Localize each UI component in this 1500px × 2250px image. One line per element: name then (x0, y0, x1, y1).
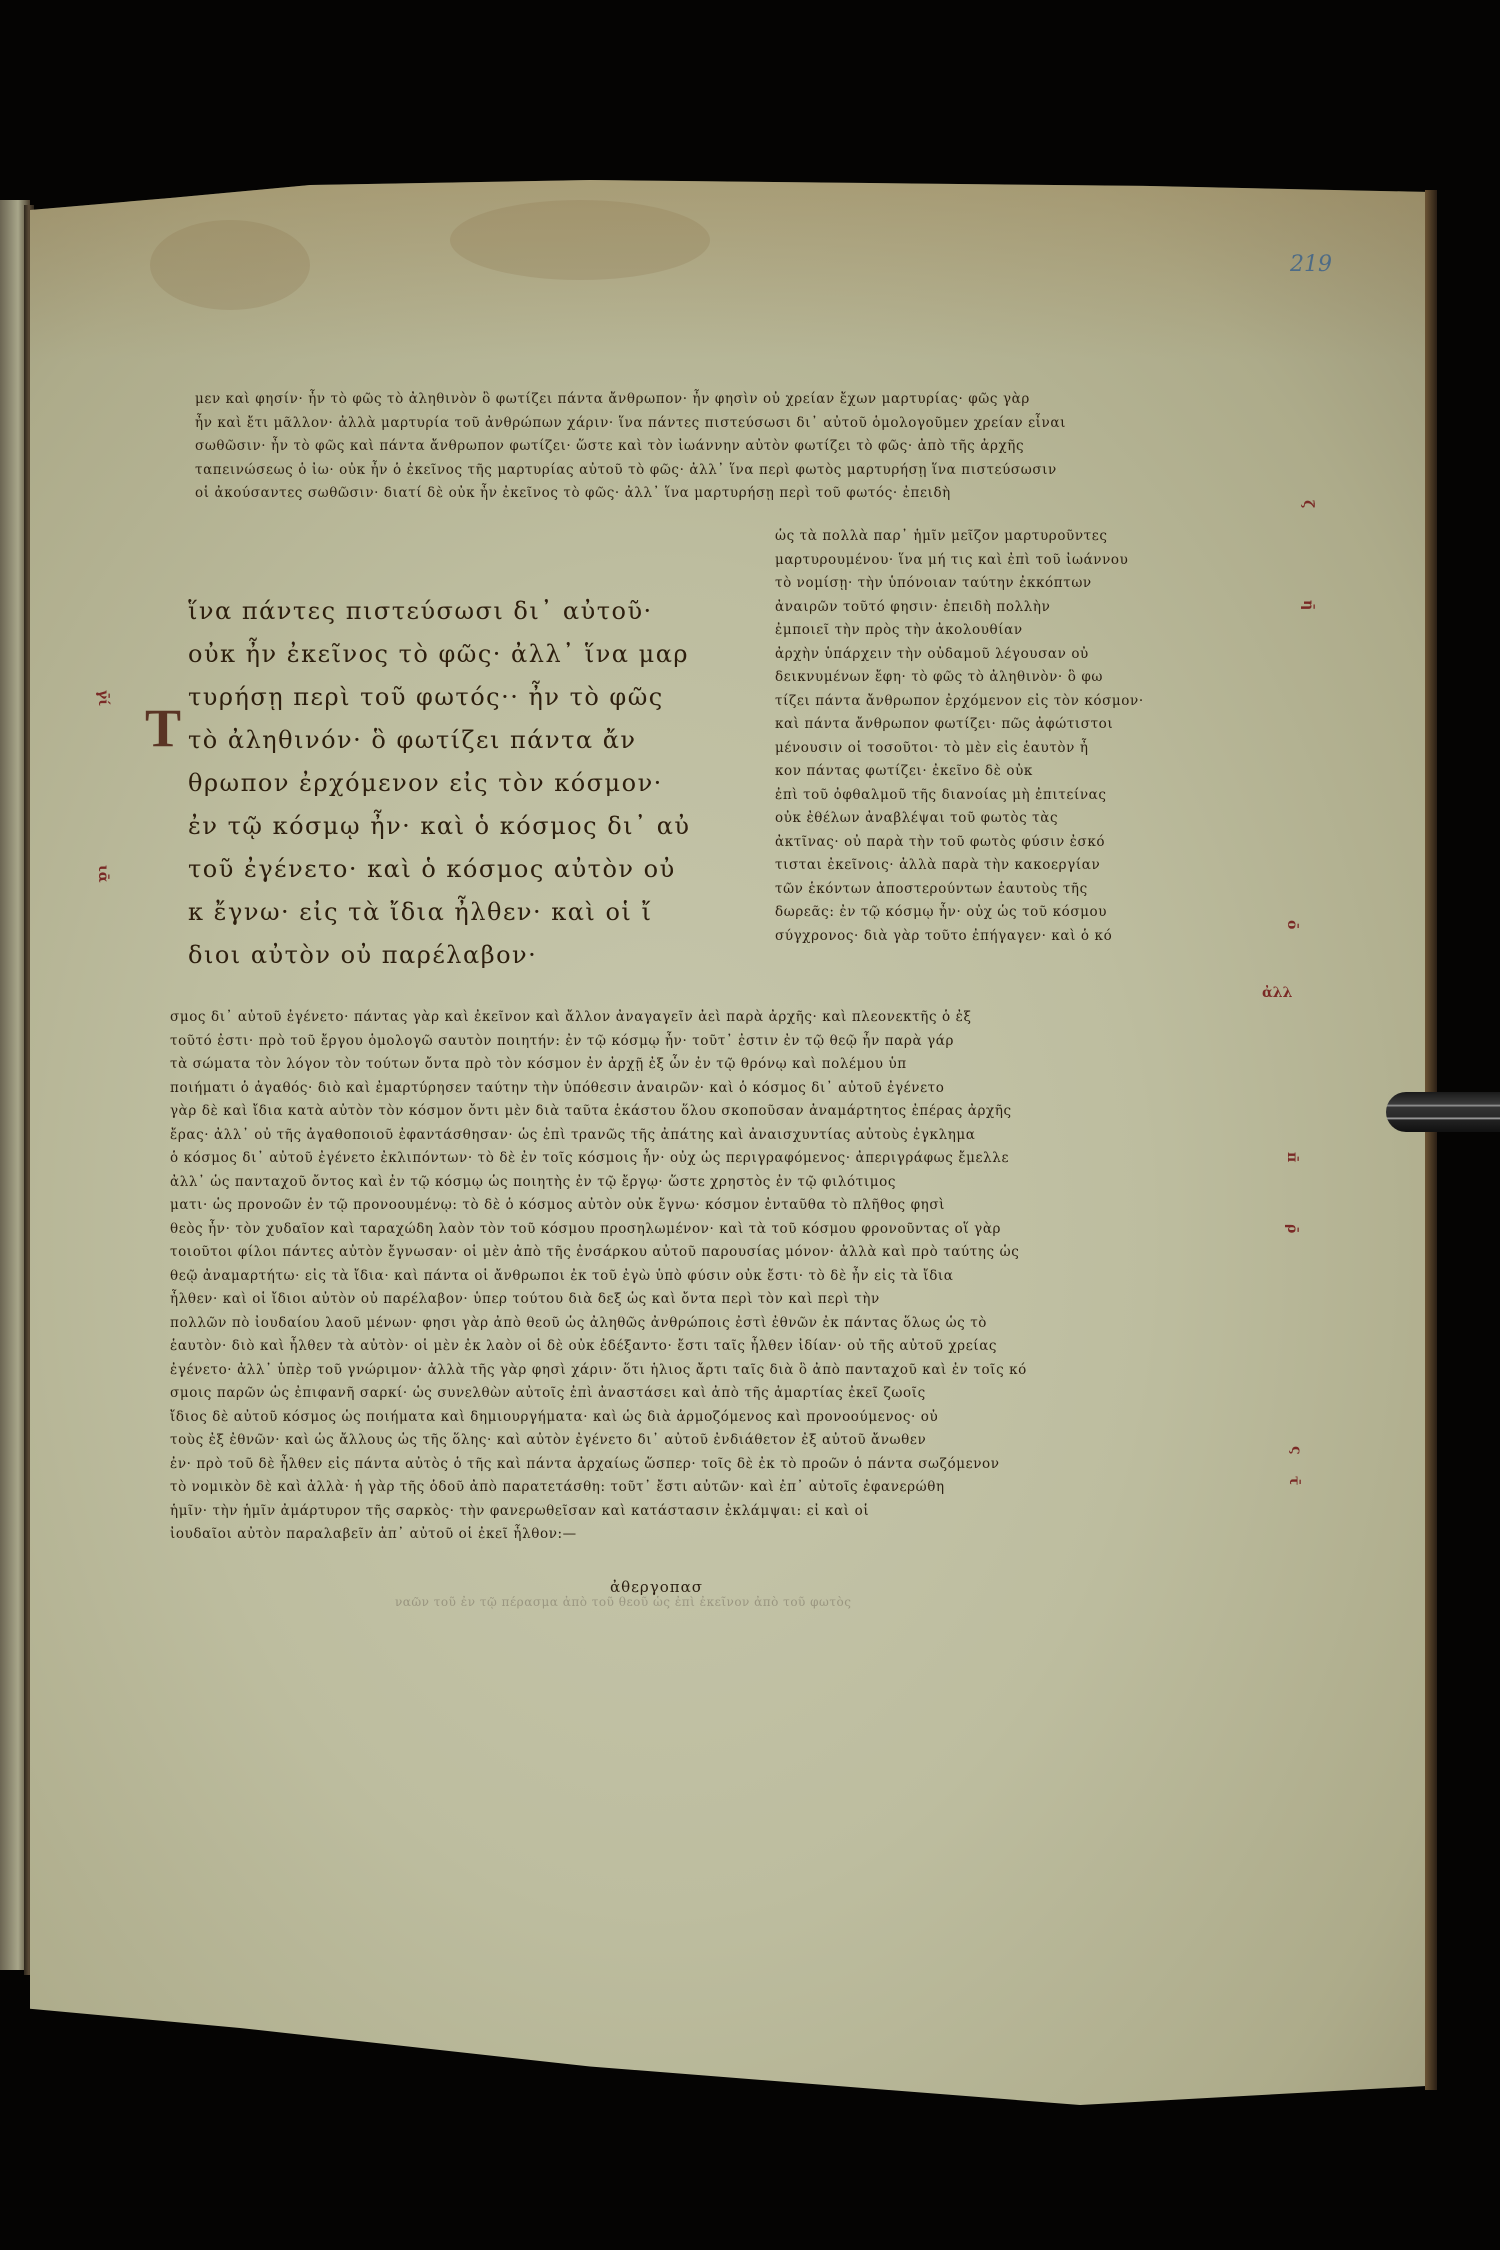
water-stain (450, 200, 710, 280)
commentary-line: ἐν· πρὸ τοῦ δὲ ἦλθεν εἰς πάντα αὐτὸς ὁ τ… (170, 1453, 1250, 1477)
commentary-line: τίζει πάντα ἄνθρωπον ἐρχόμενον εἰς τὸν κ… (775, 690, 1235, 714)
lemma-line: τὸ ἀληθινόν· ὃ φωτίζει πάντα ἄν (188, 719, 688, 762)
commentary-line: τῶν ἑκόντων ἀποστερούντων ἑαυτοὺς τῆς (775, 878, 1235, 902)
book-clasp-weight (1386, 1092, 1500, 1132)
top-commentary-block: μεν καὶ φησίν· ἦν τὸ φῶς τὸ ἀληθινὸν ὃ φ… (195, 388, 1195, 506)
commentary-line: κον πάντας φωτίζει· ἐκεῖνο δὲ οὐκ (775, 760, 1235, 784)
commentary-line: θεὸς ἦν· τὸν χυδαῖον καὶ ταραχώδη λαὸν τ… (170, 1218, 1250, 1242)
lemma-line: διοι αὐτὸν οὐ παρέλαβον· (188, 934, 688, 977)
lemma-line: τοῦ ἐγένετο· καὶ ὁ κόσμος αὐτὸν οὐ (188, 848, 688, 891)
commentary-line: ἔρας· ἀλλ᾽ οὐ τῆς ἀγαθοποιοῦ ἐφαντάσθησα… (170, 1124, 1250, 1148)
commentary-line: γὰρ δὲ καὶ ἴδια κατὰ αὐτὸν τὸν κόσμον ὄν… (170, 1100, 1250, 1124)
commentary-line: ἐμποιεῖ τὴν πρὸς τὴν ἀκολουθίαν (775, 619, 1235, 643)
commentary-line: δεικνυμένων ἔφη· τὸ φῶς τὸ ἀληθινὸν· ὃ φ… (775, 666, 1235, 690)
commentary-line: πολλῶν πὸ ἰουδαίου λαοῦ μένων· φησι γὰρ … (170, 1312, 1250, 1336)
commentary-line: σμοις παρῶν ὡς ἐπιφανῆ σαρκί· ὡς συνελθὼ… (170, 1382, 1250, 1406)
commentary-line: τοῦτό ἐστι· πρὸ τοῦ ἔργου ὁμολογῶ σαυτὸν… (170, 1030, 1250, 1054)
commentary-line: ποιήματι ὁ ἀγαθός· διὸ καὶ ἐμαρτύρησεν τ… (170, 1077, 1250, 1101)
left-marginal-numeral: γ̄ί (95, 690, 111, 706)
lemma-line: οὐκ ἦν ἐκεῖνος τὸ φῶς· ἀλλ᾽ ἵνα μαρ (188, 633, 688, 676)
show-through-text: ναῶν τοῦ ἐν τῷ πέρασμα ἀπὸ τοῦ θεοῦ ὡς ἐ… (395, 1595, 851, 1609)
commentary-line: ἰουδαῖοι αὐτὸν παραλαβεῖν ἀπ᾽ αὐτοῦ οἱ ἐ… (170, 1523, 1250, 1547)
right-marginal-numeral: ζ̄ (1300, 500, 1316, 508)
commentary-line: μαρτυρουμένου· ἵνα μή τις καὶ ἐπὶ τοῦ ἰω… (775, 549, 1235, 573)
commentary-line: τοιοῦτοι φίλοι πάντες αὐτὸν ἔγνωσαν· οἱ … (170, 1241, 1250, 1265)
left-marginal-numeral: ιᾱ (95, 865, 111, 883)
commentary-line: ἀρχὴν ὑπάρχειν τὴν οὐδαμοῦ λέγουσαν οὐ (775, 643, 1235, 667)
commentary-line: ἦλθεν· καὶ οἱ ἴδιοι αὐτὸν οὐ παρέλαβον· … (170, 1288, 1250, 1312)
commentary-line: ἐπὶ τοῦ ὀφθαλμοῦ τῆς διανοίας μὴ ἐπιτείν… (775, 784, 1235, 808)
commentary-line: ἴδιος δὲ αὐτοῦ κόσμος ὡς ποιήματα καὶ δη… (170, 1406, 1250, 1430)
commentary-line: ὡς τὰ πολλὰ παρ᾽ ἡμῖν μεῖζον μαρτυροῦντε… (775, 525, 1235, 549)
commentary-line: τὸ νομικὸν δὲ καὶ ἀλλὰ· ἡ γὰρ τῆς ὁδοῦ ἀ… (170, 1476, 1250, 1500)
commentary-line: ὁ κόσμος δι᾽ αὐτοῦ ἐγένετο ἐκλιπόντων· τ… (170, 1147, 1250, 1171)
main-commentary-block: σμος δι᾽ αὐτοῦ ἐγένετο· πάντας γὰρ καὶ ἐ… (170, 1006, 1250, 1547)
commentary-line: ἐγένετο· ἀλλ᾽ ὑπὲρ τοῦ γνώριμον· ἀλλὰ τῆ… (170, 1359, 1250, 1383)
right-commentary-column: ὡς τὰ πολλὰ παρ᾽ ἡμῖν μεῖζον μαρτυροῦντε… (775, 525, 1235, 948)
commentary-line: ἀναιρῶν τοῦτό φησιν· ἐπειδὴ πολλὴν (775, 596, 1235, 620)
right-marginal-numeral: τ̄ (1286, 1476, 1302, 1485)
commentary-line: σμος δι᾽ αὐτοῦ ἐγένετο· πάντας γὰρ καὶ ἐ… (170, 1006, 1250, 1030)
water-stain (150, 220, 310, 310)
commentary-line: μεν καὶ φησίν· ἦν τὸ φῶς τὸ ἀληθινὸν ὃ φ… (195, 388, 1195, 412)
commentary-line: τὸ νομίσῃ· τὴν ὑπόνοιαν ταύτην ἐκκόπτων (775, 572, 1235, 596)
commentary-line: καὶ πάντα ἄνθρωπον φωτίζει· πῶς ἀφώτιστο… (775, 713, 1235, 737)
commentary-line: θεῷ ἀναμαρτήτω· εἰς τὰ ἴδια· καὶ πάντα ο… (170, 1265, 1250, 1289)
decorated-initial: Τ (145, 697, 181, 759)
commentary-line: ἑαυτὸν· διὸ καὶ ἦλθεν τὰ αὐτὸν· οἱ μὲν ἐ… (170, 1335, 1250, 1359)
folio-fore-edge (1425, 190, 1437, 2090)
commentary-line: ἦν καὶ ἔτι μᾶλλον· ἀλλὰ μαρτυρία τοῦ ἀνθ… (195, 412, 1195, 436)
commentary-line: τισται ἐκεῖνοις· ἀλλὰ παρὰ τὴν κακοεργία… (775, 854, 1235, 878)
right-marginal-numeral: η̄ (1300, 600, 1316, 610)
commentary-line: τοὺς ἐξ ἐθνῶν· καὶ ὡς ἄλλους ὡς τῆς ὅλης… (170, 1429, 1250, 1453)
commentary-line: οἱ ἀκούσαντες σωθῶσιν· διατί δὲ οὐκ ἦν ἐ… (195, 482, 1195, 506)
lemma-line: κ ἔγνω· εἰς τὰ ἴδια ἦλθεν· καὶ οἱ ἴ (188, 891, 688, 934)
subscription-note: ἀθεργοπασ (610, 1578, 703, 1596)
commentary-line: τὰ σώματα τὸν λόγον τὸν τούτων ὄντα πρὸ … (170, 1053, 1250, 1077)
commentary-line: οὐκ ἐθέλων ἀναβλέψαι τοῦ φωτὸς τὰς (775, 807, 1235, 831)
right-marginal-numeral: π̄ (1284, 1152, 1300, 1162)
commentary-line: μένουσιν οἱ τοσοῦτοι· τὸ μὲν εἰς ἑαυτὸν … (775, 737, 1235, 761)
commentary-line: ταπεινώσεως ὁ ἰω· οὐκ ἦν ὁ ἐκεῖνος τῆς μ… (195, 459, 1195, 483)
folio-number: 219 (1290, 252, 1332, 277)
right-marginal-numeral: ο̄ (1284, 920, 1300, 929)
lemma-line: ἵνα πάντες πιστεύσωσι δι᾽ αὐτοῦ· (188, 590, 688, 633)
lemma-line: ἐν τῷ κόσμῳ ἦν· καὶ ὁ κόσμος δι᾽ αὐ (188, 805, 688, 848)
right-marginal-note: ἀλλ (1262, 985, 1292, 1001)
commentary-line: ἡμῖν· τὴν ἡμῖν ἀμάρτυρον τῆς σαρκὸς· τὴν… (170, 1500, 1250, 1524)
commentary-line: σύγχρονος· διὰ γὰρ τοῦτο ἐπήγαγεν· καὶ ὁ… (775, 925, 1235, 949)
lemma-line: θρωπον ἐρχόμενον εἰς τὸν κόσμον· (188, 762, 688, 805)
commentary-line: ἀκτῖνας· οὐ παρὰ τὴν τοῦ φωτὸς φύσιν ἐσκ… (775, 831, 1235, 855)
lemma-line: τυρήσῃ περὶ τοῦ φωτός·· ἦν τὸ φῶς (188, 676, 688, 719)
commentary-line: ἀλλ᾽ ὡς πανταχοῦ ὄντος καὶ ἐν τῷ κόσμῳ ὡ… (170, 1171, 1250, 1195)
lemma-text-block: ἵνα πάντες πιστεύσωσι δι᾽ αὐτοῦ· οὐκ ἦν … (188, 590, 688, 977)
commentary-line: ματι· ὡς προνοῶν ἐν τῷ προνοουμένῳ: τὸ δ… (170, 1194, 1250, 1218)
commentary-line: δωρεᾶς: ἐν τῷ κόσμῳ ἦν· οὐχ ὡς τοῦ κόσμο… (775, 901, 1235, 925)
commentary-line: σωθῶσιν· ἦν τὸ φῶς καὶ πάντα ἄνθρωπον φω… (195, 435, 1195, 459)
right-marginal-numeral: ρ̄ (1284, 1224, 1300, 1233)
right-marginal-numeral: ς (1288, 1446, 1304, 1455)
